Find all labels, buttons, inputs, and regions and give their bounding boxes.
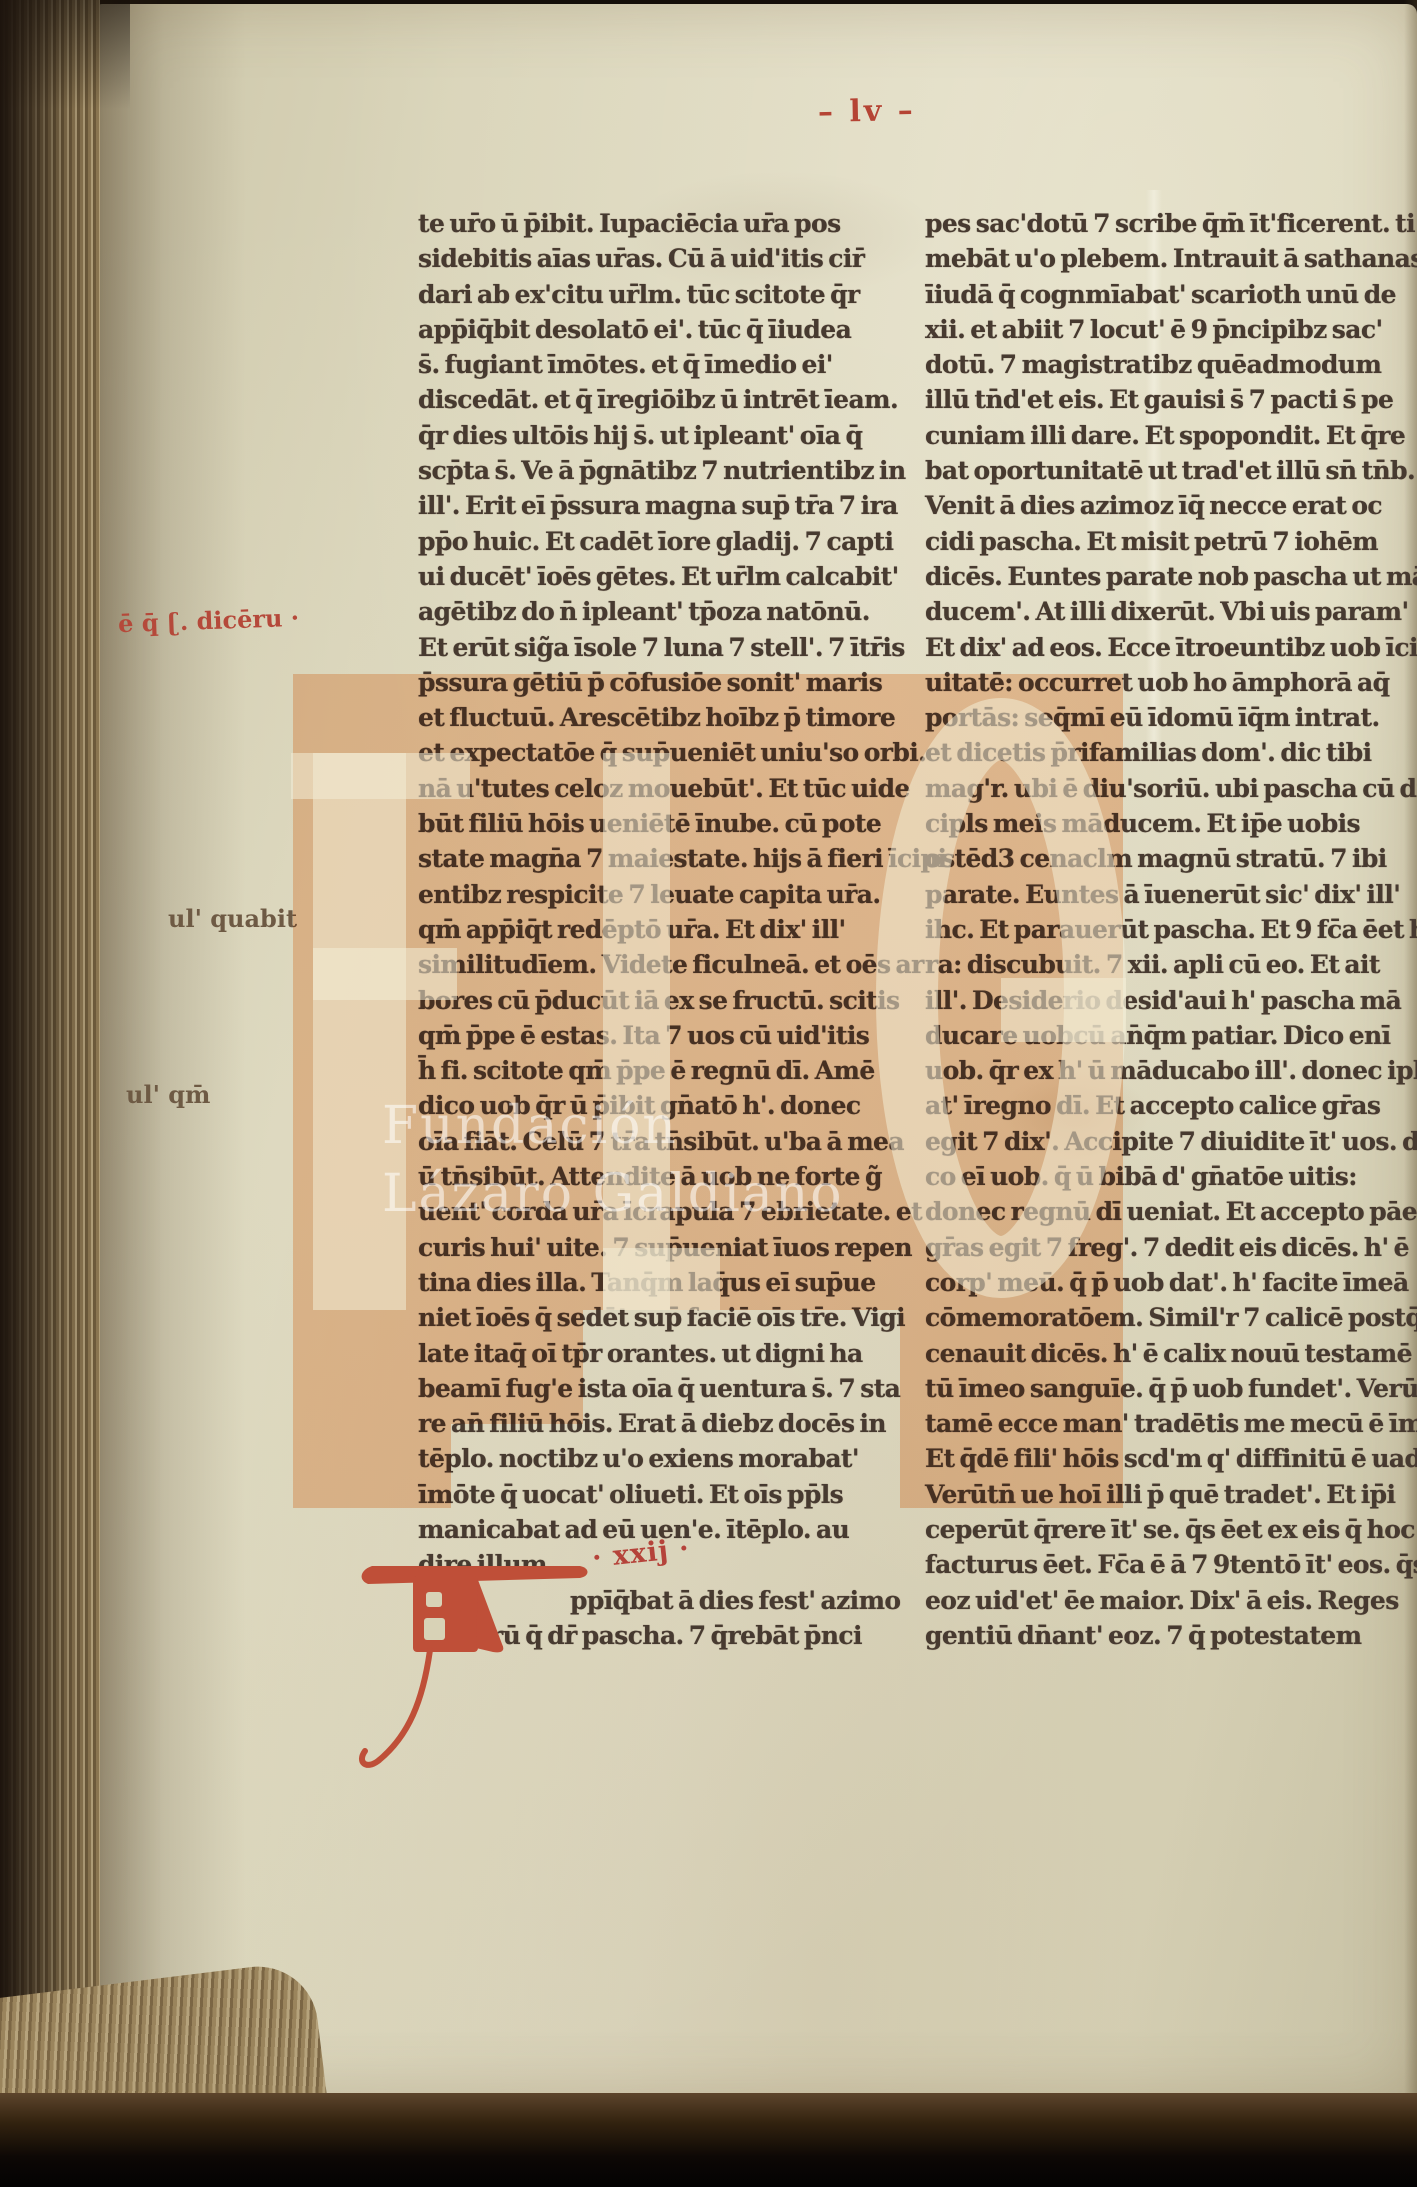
text-line: uitatē: occurret uob ho āmphorā aq̄: [925, 665, 1417, 700]
text-line: corp' meū. q̄ p̄ uob dat'. h' facite īme…: [925, 1265, 1417, 1300]
text-line: agētibz do n̄ ipleant' tp̄oza natōnū.: [418, 594, 918, 629]
illuminated-initial-A: [330, 1550, 610, 1800]
text-line: uent' corda ur̄a īcrapula 7 ebrietate. e…: [418, 1194, 918, 1229]
text-line: ū tn̄sibūt. Attendite ā uob ne forte g̃: [418, 1159, 918, 1194]
text-line: cenauit dicēs. h' ē calix nouū testamē: [925, 1336, 1417, 1371]
text-line: nā u'tutes celoz mouebūt'. Et tūc uide: [418, 771, 918, 806]
text-line: at' īregno dī. Et accepto calice gr̄as: [925, 1088, 1417, 1123]
text-line: pp̄o huic. Et cadēt īore gladij. 7 capti: [418, 524, 918, 559]
text-line: app̄iq̄bit desolatō ei'. tūc q̄ īiudea: [418, 312, 918, 347]
text-line: eoz uid'et' ēe maior. Dix' ā eis. Reges: [925, 1583, 1417, 1618]
text-line: co eī uob. q̄ ū bibā d' gn̄atōe uitis:: [925, 1159, 1417, 1194]
text-line: re an̄ filiū hōis. Erat ā diebz docēs in: [418, 1406, 918, 1441]
text-line: tina dies illa. Tanq̄m laq̄us eī sup̄ue: [418, 1265, 918, 1300]
text-line: similitudīem. Videte ficulneā. et oēs ar: [418, 947, 918, 982]
text-line: mag'r. ubi ē diu'soriū. ubi pascha cū di…: [925, 771, 1417, 806]
text-line: dico uob q̄r ū p̄ibit gn̄atō h'. donec: [418, 1088, 918, 1123]
text-line: mebāt u'o plebem. Intrauit ā sathanas: [925, 241, 1417, 276]
text-line: tēplo. noctibz u'o exiens morabat': [418, 1441, 918, 1476]
text-line: dari ab ex'citu ur̄lm. tūc scitote q̄r: [418, 277, 918, 312]
text-line: qm̄ app̄iq̄t redēptō ur̄a. Et dix' ill': [418, 912, 918, 947]
text-line: h̄ fi. scitote qm̄ p̄pe ē regnū dī. Amē: [418, 1053, 918, 1088]
text-line: parate. Euntes ā īuenerūt sic' dix' ill': [925, 877, 1417, 912]
text-line: ostēd3 cenaclm magnū stratū. 7 ibi: [925, 841, 1417, 876]
text-line: dotū. 7 magistratibz quēadmodum: [925, 347, 1417, 382]
text-line: Venit ā dies azimoz īq̄ necce erat oc: [925, 488, 1417, 523]
text-line: cipls meis māducem. Et ip̄e uobis: [925, 806, 1417, 841]
text-line: et expectatōe q̄ sup̄ueniēt uniu'so orbi…: [418, 735, 918, 770]
text-line: egit 7 dix'. Accipite 7 diuidite īt' uos…: [925, 1124, 1417, 1159]
text-line: state magn̄a 7 maiestate. hijs ā fieri ī…: [418, 841, 918, 876]
text-line: ill'. Erit eī p̄ssura magna sup̄ tr̄a 7 …: [418, 488, 918, 523]
text-line: s̄. fugiant īmōtes. et q̄ īmedio ei': [418, 347, 918, 382]
text-line: scp̄ta s̄. Ve ā p̄gnātibz 7 nutrientibz …: [418, 453, 918, 488]
text-line: sidebitis aīas ur̄as. Cū ā uid'itis cir̄: [418, 241, 918, 276]
text-line: Et erūt sig̃a īsole 7 luna 7 stell'. 7 ī…: [418, 630, 918, 665]
text-line: pes sac'dotū 7 scribe q̄m̄ īt'ficerent. …: [925, 206, 1417, 241]
text-line: uob. q̄r ex h' ū māducabo ill'. donec ip…: [925, 1053, 1417, 1088]
text-line: cuniam illi dare. Et spopondit. Et q̄re: [925, 418, 1417, 453]
text-line: ceperūt q̄rere īt' se. q̄s ēet ex eis q̄…: [925, 1512, 1417, 1547]
text-line: ihc. Et parauerūt pascha. Et 9 fc̄a ēet …: [925, 912, 1417, 947]
text-line: bores cū p̄ducūt iā ex se fructū. scitis: [418, 983, 918, 1018]
text-line: xii. et abiit 7 locut' ē 9 p̄ncipibz sac…: [925, 312, 1417, 347]
text-line: Verūtn̄ ue hoī illi p̄ quē tradet'. Et i…: [925, 1477, 1417, 1512]
book-lower-board: [0, 2093, 1417, 2187]
text-line: ducem'. At illi dixerūt. Vbi uis param': [925, 594, 1417, 629]
text-line: late itaq̄ oī tp̄r orantes. ut digni ha: [418, 1336, 918, 1371]
margin-note: ul' quabit: [168, 904, 297, 933]
margin-note: ul' qm̄: [126, 1080, 210, 1109]
text-line: oīa fiāt. Celū 7 tr̄a tn̄sibūt. u'ba ā m…: [418, 1124, 918, 1159]
text-line: īiudā q̄ cognmīabat' scarioth unū de: [925, 277, 1417, 312]
text-line: p̄ssura gētiū p̄ cōfusiōe sonit' maris: [418, 665, 918, 700]
text-line: cōmemoratōem. Simil'r 7 calicē postq̄m: [925, 1300, 1417, 1335]
text-line: et fluctuū. Arescētibz hoībz p̄ timore: [418, 700, 918, 735]
text-line: ill'. Desiderio desid'aui h' pascha mā: [925, 983, 1417, 1018]
text-line: Et q̄dē fili' hōis scd'm q' diffinitū ē …: [925, 1441, 1417, 1476]
text-line: facturus ēet. Fc̄a ē ā 7 9tentō īt' eos.…: [925, 1547, 1417, 1582]
text-line: Et dix' ad eos. Ecce ītroeuntibz uob īci: [925, 630, 1417, 665]
text-line: tamē ecce man' tradētis me mecū ē īmēsa.: [925, 1406, 1417, 1441]
text-line: tū īmeo sanguīe. q̄ p̄ uob fundet'. Verū: [925, 1371, 1417, 1406]
text-line: gr̄as egit 7 freg'. 7 dedit eis dicēs. h…: [925, 1230, 1417, 1265]
text-line: beamī fug'e ista oīa q̄ uentura s̄. 7 st…: [418, 1371, 918, 1406]
book-page-stack-shadow: [0, 0, 130, 2187]
text-column-left: te ur̄o ū p̄ibit. Iupaciēcia ur̄a possid…: [418, 206, 918, 1653]
text-line: īmōte q̄ uocat' oliueti. Et oīs pp̄ls: [418, 1477, 918, 1512]
text-line: bat oportunitatē ut trad'et illū sn̄ tn̄…: [925, 453, 1417, 488]
text-line: niet īoēs q̄ sedēt sup̄ faciē oīs tr̄e. …: [418, 1300, 918, 1335]
manuscript-photo: – lv – ē q̄ ʗ. dicēru · ul' quabit ul' q…: [0, 0, 1417, 2187]
text-line: discedāt. et q̄ īregiōibz ū intrēt īeam.: [418, 382, 918, 417]
text-line: portās: seq̄mī eū īdomū īq̄m intrat.: [925, 700, 1417, 735]
text-line: entibz respicite 7 leuate capita ur̄a.: [418, 877, 918, 912]
text-line: et dicetis p̄rifamilias dom'. dic tibi: [925, 735, 1417, 770]
text-line: ducare uobcū an̄q̄m patiar. Dico enī: [925, 1018, 1417, 1053]
text-line: illū tn̄d'et eis. Et gauisi s̄ 7 pacti s…: [925, 382, 1417, 417]
text-line: te ur̄o ū p̄ibit. Iupaciēcia ur̄a pos: [418, 206, 918, 241]
text-line: ra: discubuit. 7 xii. apli cū eo. Et ait: [925, 947, 1417, 982]
text-line: būt filiū hōis ueniētē īnube. cū pote: [418, 806, 918, 841]
text-line: q̄r dies ultōis hij s̄. ut ipleant' oīa …: [418, 418, 918, 453]
text-line: qm̄ p̄pe ē estas. Ita 7 uos cū uid'itis: [418, 1018, 918, 1053]
text-line: dicēs. Euntes parate nob pascha ut mā: [925, 559, 1417, 594]
folio-number: – lv –: [818, 93, 916, 130]
text-line: curis hui' uite. 7 sup̄ueniat īuos repen: [418, 1230, 918, 1265]
text-line: cidi pascha. Et misit petrū 7 iohēm: [925, 524, 1417, 559]
text-line: gentiū dn̄ant' eoz. 7 q̄ potestatem: [925, 1618, 1417, 1653]
text-line: ui ducēt' īoēs gētes. Et ur̄lm calcabit': [418, 559, 918, 594]
text-column-right: pes sac'dotū 7 scribe q̄m̄ īt'ficerent. …: [925, 206, 1417, 1653]
text-line: donec regnū dī ueniat. Et accepto pāe: [925, 1194, 1417, 1229]
